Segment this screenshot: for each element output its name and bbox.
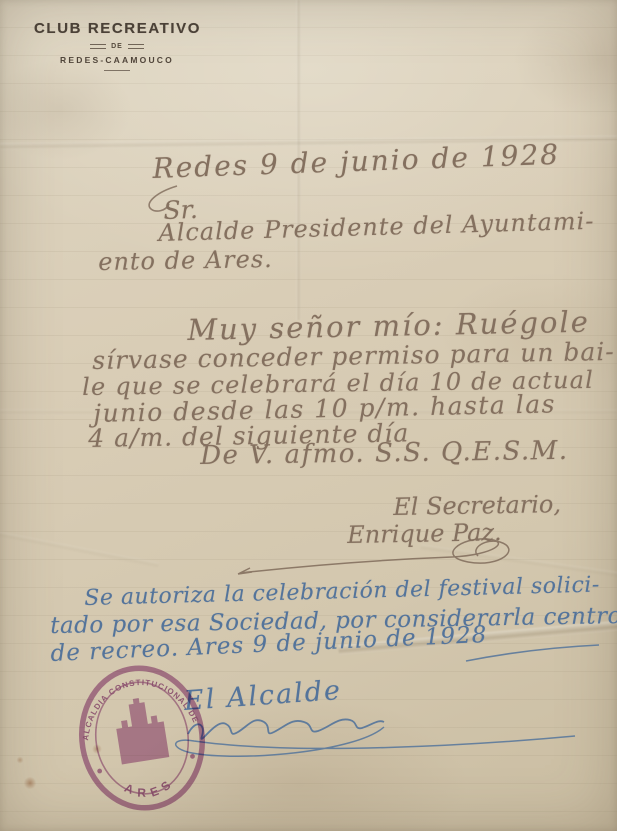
letterhead-place-name: REDES-CAAMOUCO — [34, 55, 200, 65]
ornament-dash-right — [128, 44, 144, 49]
stamp-bottom-text: ARES — [120, 773, 179, 804]
authorization-line3: de recreo. Ares 9 de junio de 1928 — [50, 622, 488, 667]
stamp-arc-text: ALCALDIA CONSTITUCIONAL DE — [73, 669, 201, 742]
stamp-dot-right — [190, 754, 195, 759]
paper-stains — [0, 0, 617, 831]
crease-diagonal-bottom-right — [338, 619, 617, 655]
salutation-swash — [149, 186, 177, 211]
handwritten-dateline: Redes 9 de junio de 1928 — [152, 138, 561, 185]
crease-horizontal-middle — [0, 409, 617, 415]
handwritten-salutation: Sr. — [163, 195, 198, 225]
secretary-signature-name: Enrique Paz. — [347, 518, 502, 549]
letterhead-club-name: CLUB RECREATIVO — [34, 20, 200, 37]
stamp-dot-left — [97, 768, 102, 773]
handwritten-body-line1: Muy señor mío: Ruégole — [187, 305, 590, 347]
mayor-signature-scrawl — [188, 719, 384, 738]
handwritten-addressee-line1: Alcalde Presidente del Ayuntami- — [158, 207, 595, 247]
crease-diagonal-bottom-left — [0, 528, 159, 568]
handwritten-body-line2: sírvase conceder permiso para un bai- — [92, 337, 615, 375]
handwritten-body-line3: le que se celebrará el día 10 de actual — [82, 366, 594, 401]
handwritten-body-line5: 4 a/m. del siguiente día — [88, 418, 410, 453]
crease-horizontal-top — [0, 135, 617, 150]
municipal-stamp: ALCALDIA CONSTITUCIONAL DE ARES — [61, 653, 223, 823]
mayor-signature-underline — [176, 727, 575, 756]
handwritten-body-line4: junio desde las 10 p/m. hasta las — [93, 389, 556, 428]
ink-flourishes-layer — [0, 0, 617, 831]
crease-diagonal-right — [421, 544, 617, 582]
letterhead-de-ornament: DE — [34, 43, 200, 50]
stamp-coat-of-arms-castle — [112, 695, 169, 765]
crease-vertical-fold — [296, 0, 301, 320]
handwritten-closing-formula: De V. afmo. S.S. Q.E.S.M. — [200, 436, 569, 471]
ruled-lines — [0, 0, 617, 831]
stamp-inner-ring — [88, 675, 196, 800]
ornament-dash-left — [90, 44, 106, 49]
handwritten-addressee-line2: ento de Ares. — [98, 245, 273, 276]
letterhead: CLUB RECREATIVO DE REDES-CAAMOUCO — [34, 20, 200, 71]
authorization-line1: Se autoriza la celebración del festival … — [84, 573, 600, 611]
scanned-letter-page: CLUB RECREATIVO DE REDES-CAAMOUCO Redes … — [0, 0, 617, 831]
secretary-title: El Secretario, — [393, 490, 561, 521]
stamp-outer-ring — [72, 659, 212, 816]
letterhead-rule — [104, 70, 130, 71]
letterhead-de-text: DE — [111, 43, 123, 50]
authorization-line2: tado por esa Sociedad, por considerarla … — [50, 603, 617, 639]
authorization-date-flourish — [466, 645, 599, 661]
secretary-rubric-flourish — [238, 539, 509, 574]
mayor-title: El Alcalde — [183, 675, 343, 717]
